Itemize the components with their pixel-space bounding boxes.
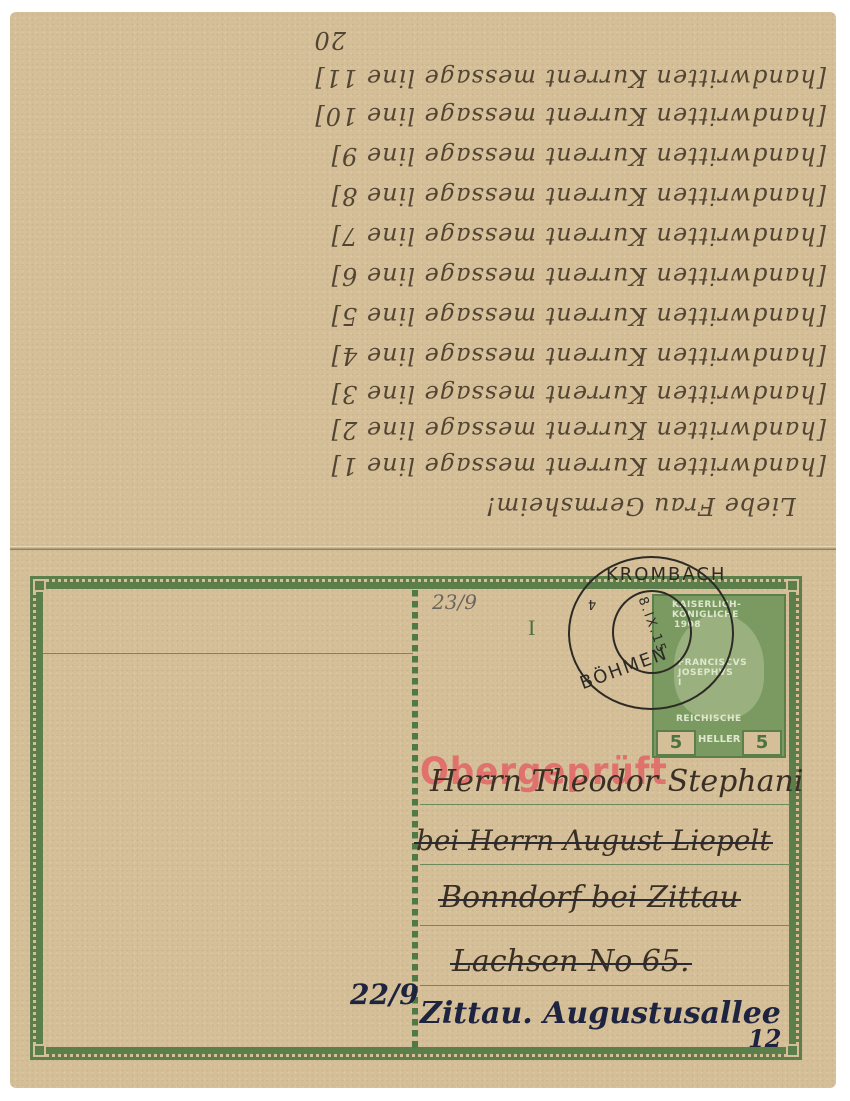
card-number: I bbox=[528, 615, 535, 641]
stamp-bottom-text: REICHISCHE bbox=[676, 714, 742, 724]
border-corner bbox=[33, 579, 46, 592]
message-line: [handwritten Kurrent message line 2] bbox=[20, 408, 826, 444]
message-line: [handwritten Kurrent message line 9] bbox=[20, 134, 826, 170]
sender-line bbox=[43, 653, 413, 654]
message-line: [handwritten Kurrent message line 4] bbox=[20, 334, 826, 370]
stamp-value-right: 5 bbox=[742, 730, 782, 756]
address-struck-line: bei Herrn August Liepelt bbox=[416, 824, 771, 857]
border-corner bbox=[786, 579, 799, 592]
redirect-address: Zittau. Augustusallee bbox=[420, 996, 781, 1031]
message-date: 20 bbox=[20, 18, 346, 54]
postmark-town: KROMBACH bbox=[606, 564, 726, 585]
address-line bbox=[420, 804, 790, 805]
message-line: [handwritten Kurrent message line 8] bbox=[20, 174, 826, 210]
postmark-time: 4 bbox=[586, 596, 596, 611]
message-line: [handwritten Kurrent message line 11] bbox=[20, 56, 826, 92]
message-line: Liebe Frau Germsheim! bbox=[20, 484, 796, 520]
border-corner bbox=[786, 1044, 799, 1057]
address-struck-line: Lachsen No 65. bbox=[452, 944, 690, 979]
message-line: [handwritten Kurrent message line 6] bbox=[20, 254, 826, 290]
handwritten-message: Liebe Frau Germsheim! [handwritten Kurre… bbox=[20, 20, 826, 520]
postmark: KROMBACH BÖHMEN 8.IX.15 4 bbox=[568, 556, 734, 710]
border-corner bbox=[33, 1044, 46, 1057]
redirect-date: 22/9 bbox=[350, 978, 419, 1011]
pencil-note: 23/9 bbox=[432, 590, 477, 614]
message-line: [handwritten Kurrent message line 1] bbox=[20, 444, 826, 480]
address-struck-line: Bonndorf bei Zittau bbox=[440, 880, 739, 915]
recipient-name: Herrn Theodor Stephani bbox=[430, 764, 803, 799]
card-fold bbox=[10, 546, 836, 550]
message-line: [handwritten Kurrent message line 3] bbox=[20, 372, 826, 408]
address-line bbox=[420, 985, 790, 986]
address-line bbox=[420, 864, 790, 865]
stamp-denomination: HELLER bbox=[698, 734, 740, 745]
message-line: [handwritten Kurrent message line 7] bbox=[20, 214, 826, 250]
message-line: [handwritten Kurrent message line 5] bbox=[20, 294, 826, 330]
redirect-house-number: 12 bbox=[748, 1024, 781, 1053]
message-line: [handwritten Kurrent message line 10] bbox=[20, 94, 826, 130]
address-line bbox=[420, 925, 790, 926]
